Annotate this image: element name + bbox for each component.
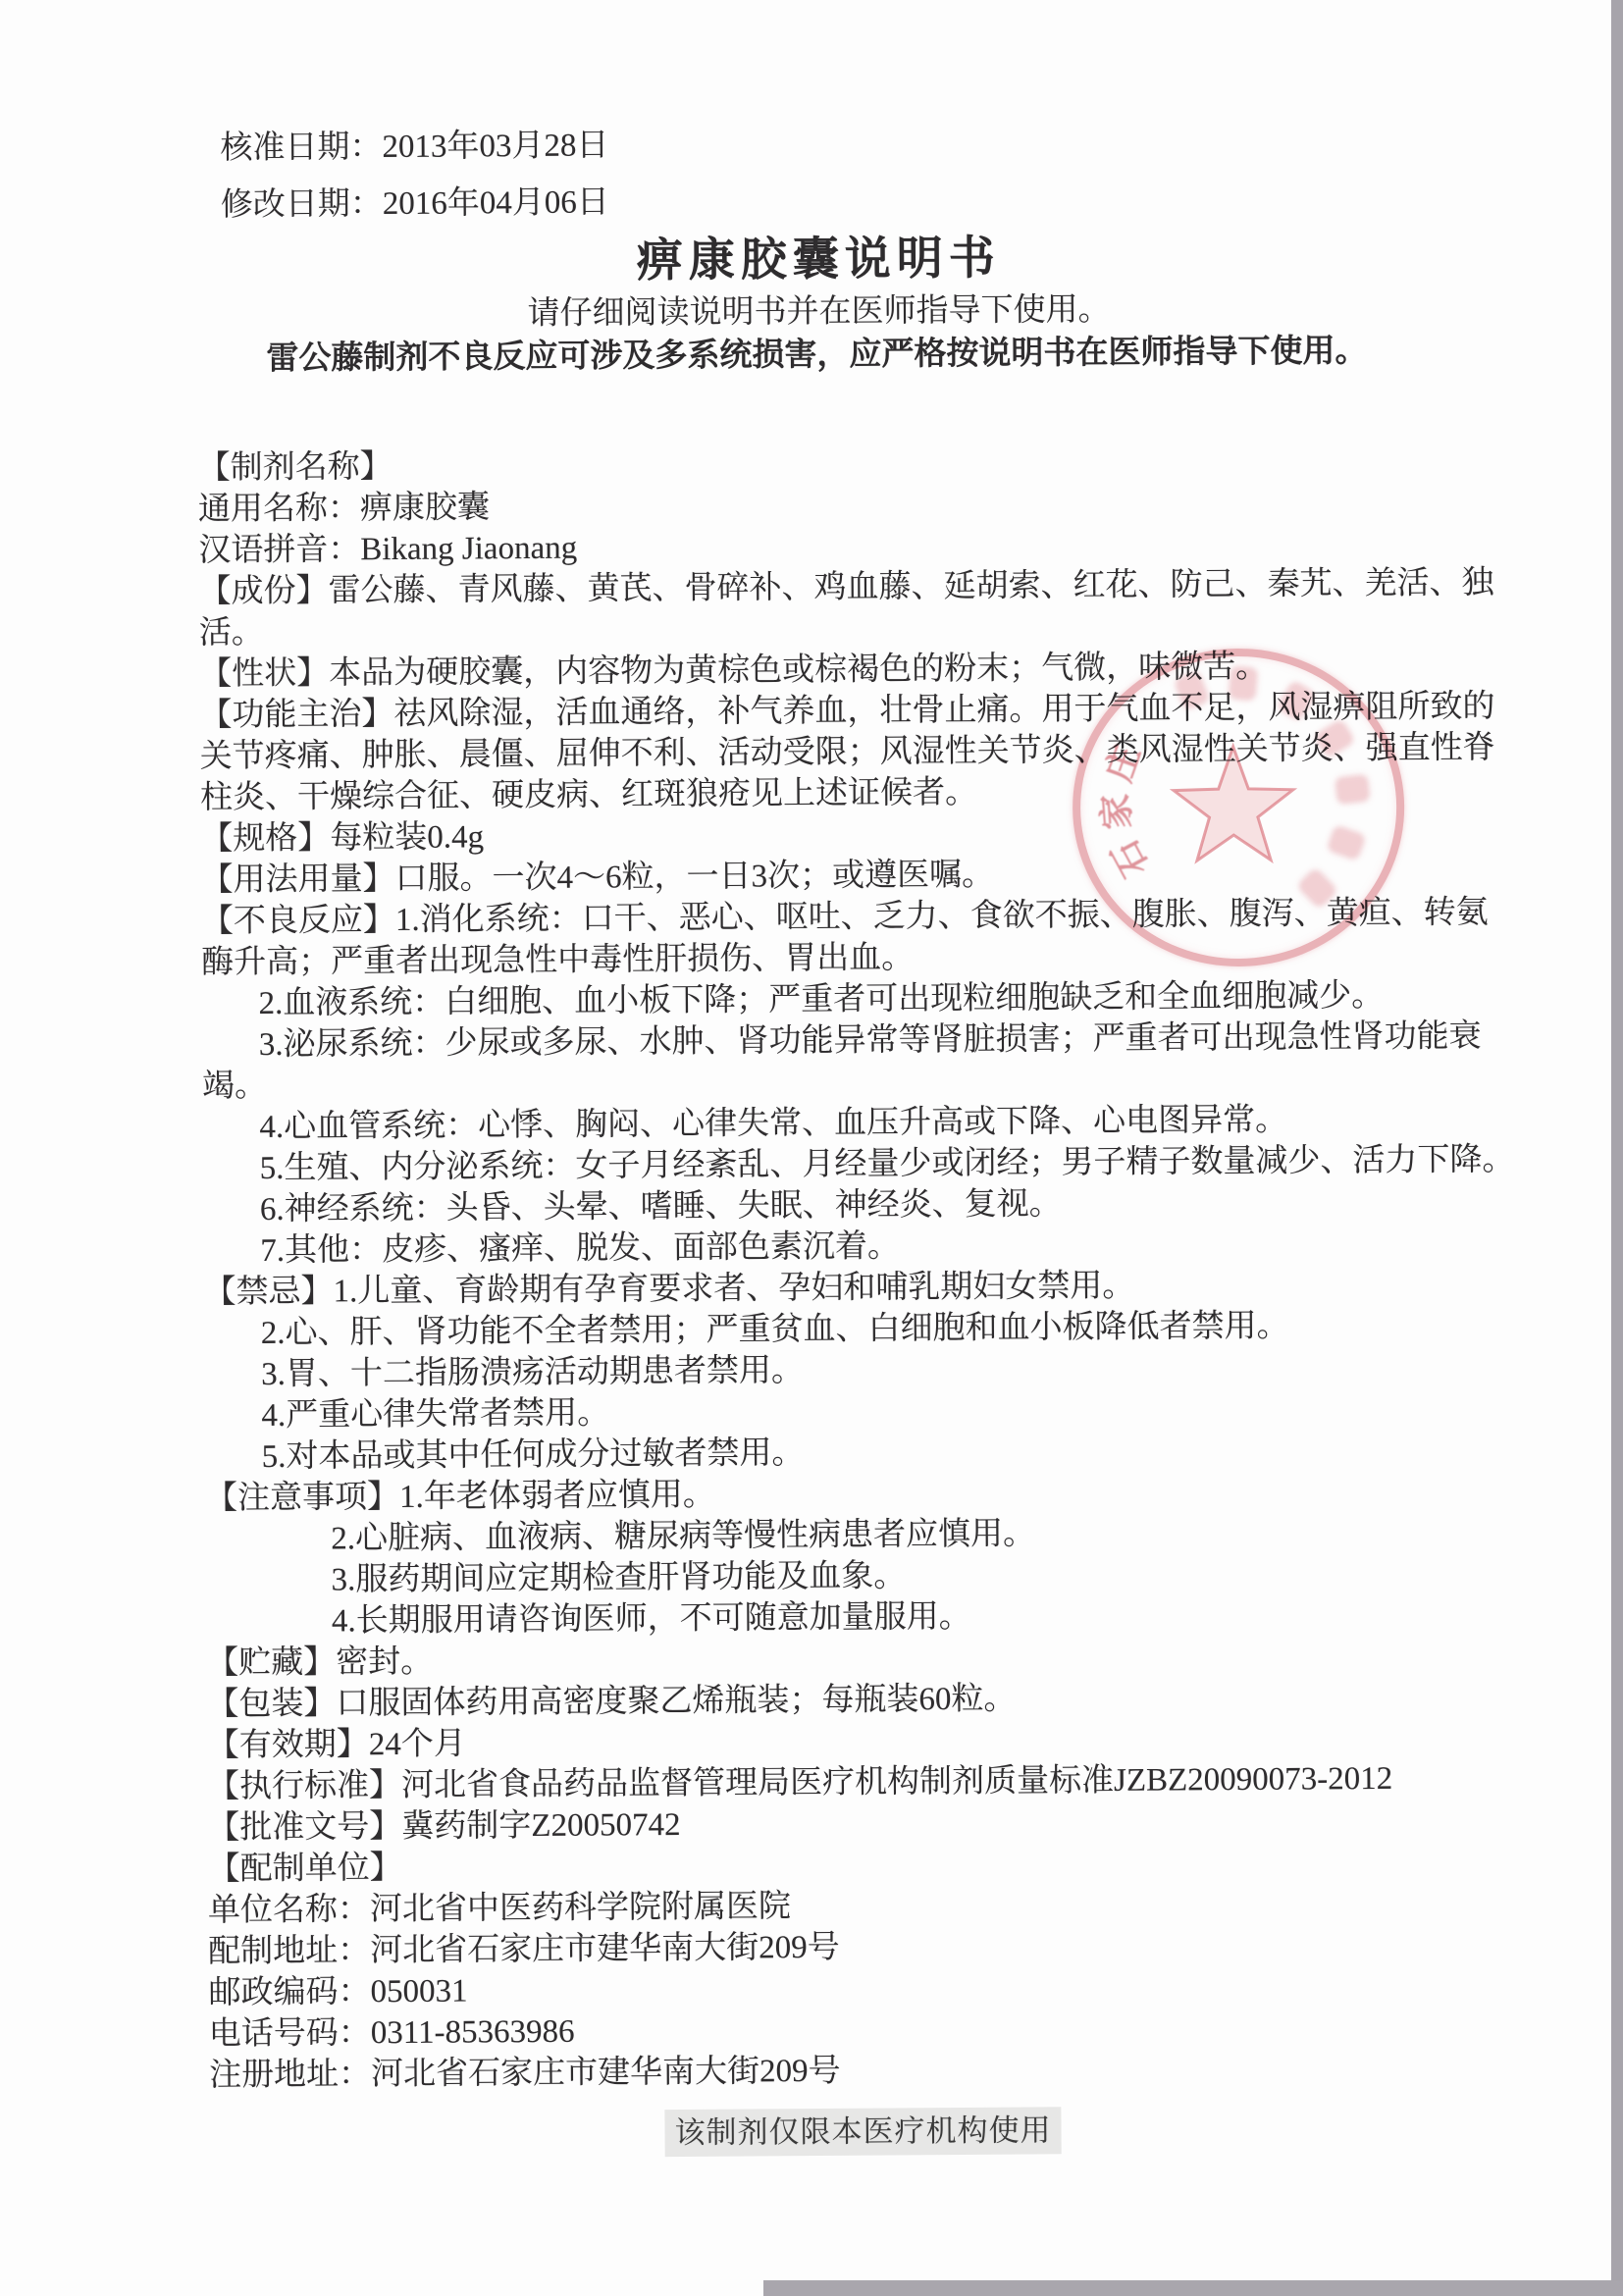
institution-restriction-notice: 该制剂仅限本医疗机构使用 [664,2107,1061,2157]
revision-date-line: 修改日期：2016年04月06日 [221,168,1529,234]
approval-date-value: 2013年03月28日 [382,128,608,165]
approval-date-label: 核准日期： [220,130,382,166]
warning-statement: 雷公藤制剂不良反应可涉及多系统损害，应严格按说明书在医师指导下使用。 [197,330,1437,382]
scanned-page: 核准日期：2013年03月28日 修改日期：2016年04月06日 痹康胶囊说明… [0,0,1623,2296]
instruction-lines: 【制剂名称】通用名称：痹康胶囊汉语拼音：Bikang Jiaonang【成份】雷… [198,439,1543,2096]
doc-line: 注册地址：河北省石家庄市建华南大街209号 [209,2046,1542,2096]
revision-date-value: 2016年04月06日 [383,184,609,222]
scanner-edge-right [1611,0,1623,2296]
page-title: 痹康胶囊说明书 [196,226,1440,295]
document-body: 核准日期：2013年03月28日 修改日期：2016年04月06日 痹康胶囊说明… [194,0,1542,2096]
approval-date-line: 核准日期：2013年03月28日 [220,111,1528,177]
revision-date-label: 修改日期： [221,186,383,223]
scanner-edge-bottom [763,2280,1623,2296]
